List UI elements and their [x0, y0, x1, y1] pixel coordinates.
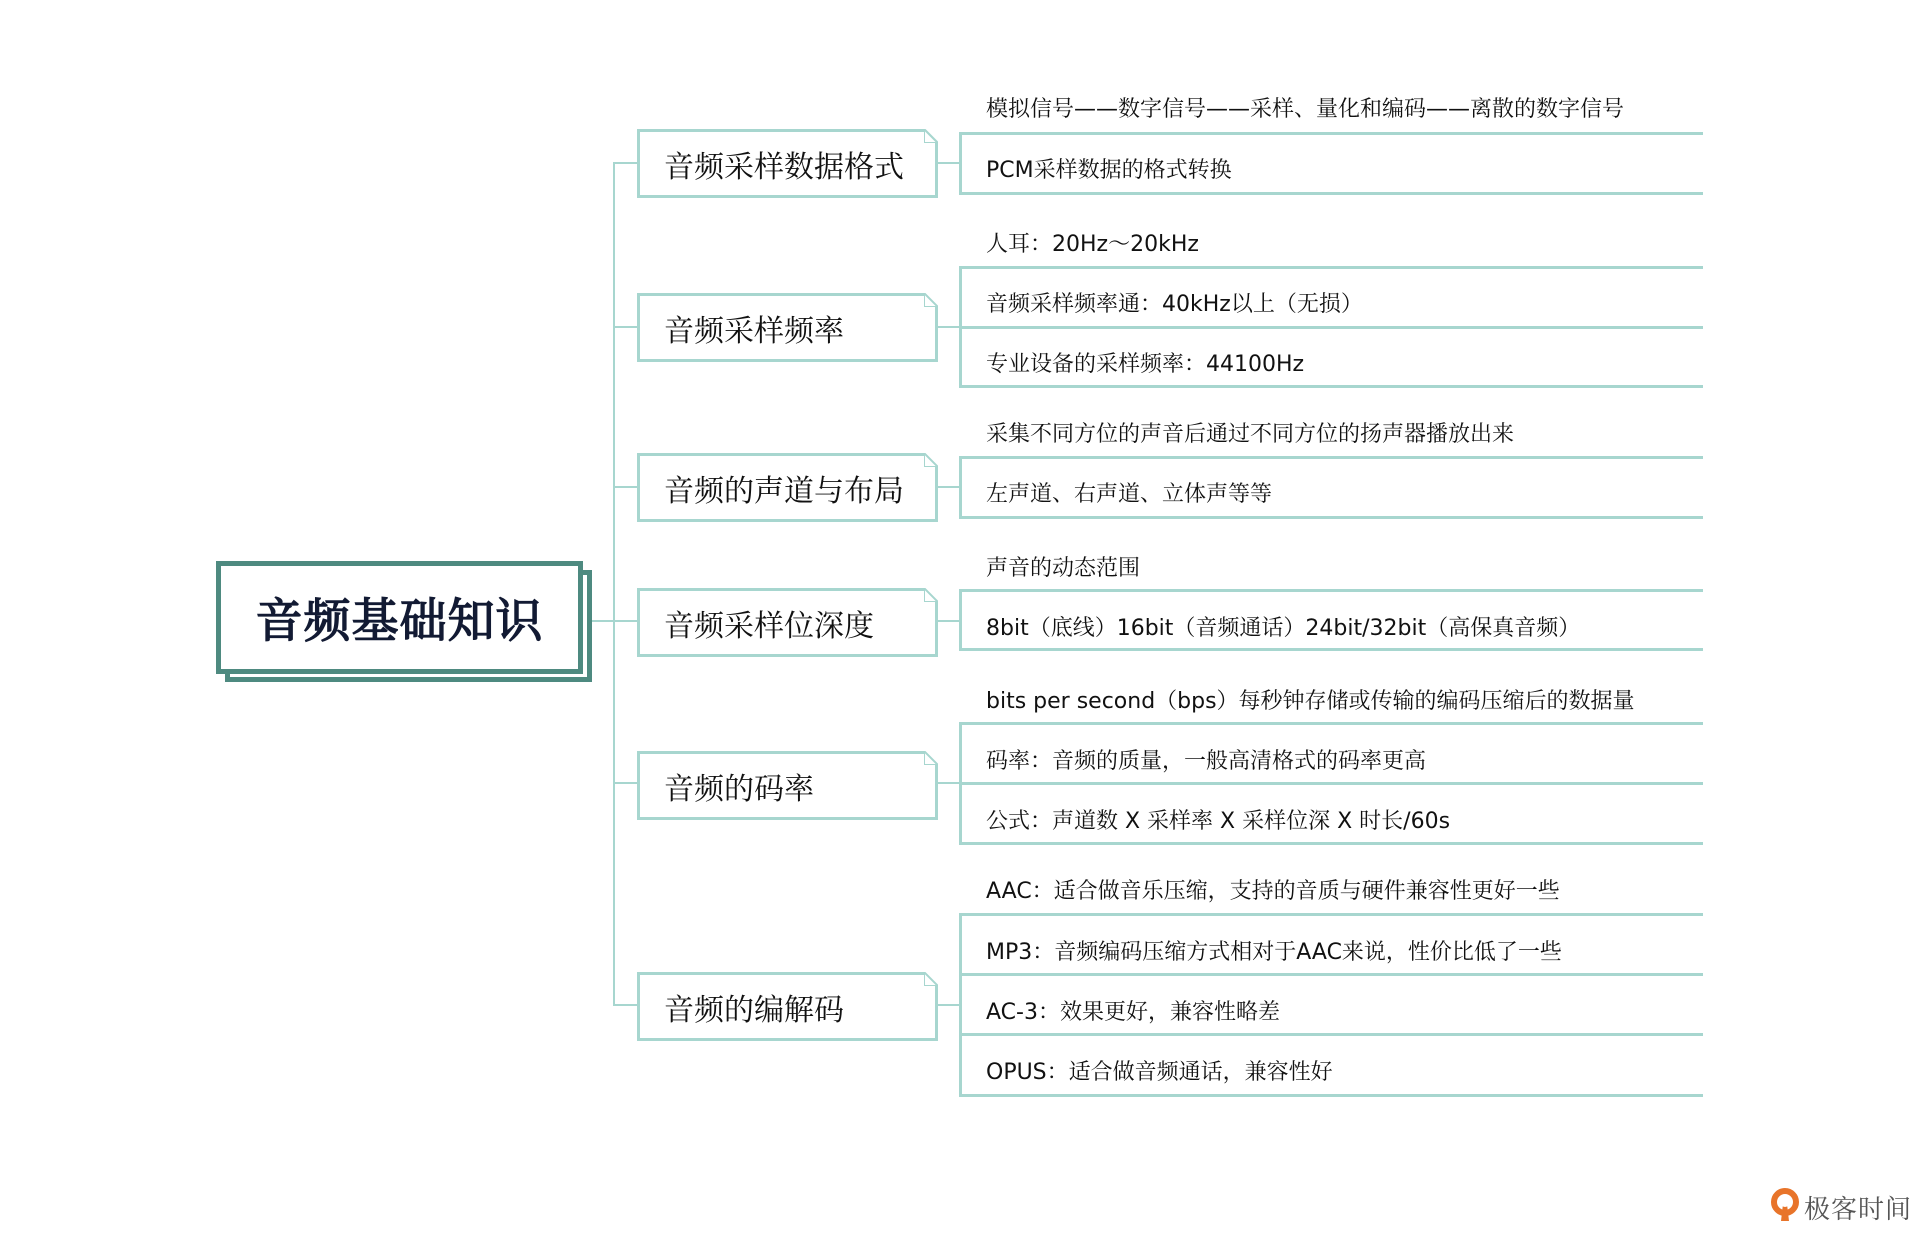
leaf-underline — [959, 1094, 1703, 1097]
root-connector — [592, 620, 614, 622]
leaf-item: PCM采样数据的格式转换 — [986, 157, 1232, 185]
geektime-logo-icon — [1770, 1188, 1800, 1226]
geektime-logo: 极客时间 — [1770, 1188, 1912, 1226]
leaf-bracket — [959, 456, 962, 519]
folded-corner-icon — [924, 751, 938, 765]
leaf-connector — [938, 486, 959, 488]
leaf-underline — [959, 722, 1703, 725]
leaf-bracket — [959, 132, 962, 195]
leaf-item: AC-3：效果更好，兼容性略差 — [986, 999, 1280, 1027]
leaf-item: bits per second（bps）每秒钟存储或传输的编码压缩后的数据量 — [986, 688, 1635, 716]
leaf-item: 8bit（底线）16bit（音频通话）24bit/32bit（高保真音频） — [986, 615, 1580, 643]
branch-label: 音频采样频率 — [664, 306, 844, 350]
branch-node-bitrate[interactable]: 音频的码率 — [637, 751, 938, 820]
leaf-item: 公式：声道数 X 采样率 X 采样位深 X 时长/60s — [986, 808, 1450, 836]
leaf-item: 左声道、右声道、立体声等等 — [986, 481, 1272, 509]
leaf-connector — [938, 162, 959, 164]
branch-connector — [613, 1004, 637, 1006]
folded-corner-icon — [924, 129, 938, 143]
branch-connector — [613, 620, 637, 622]
branch-label: 音频的码率 — [664, 764, 814, 808]
leaf-underline — [959, 648, 1703, 651]
branch-label: 音频的编解码 — [664, 985, 844, 1029]
root-title: 音频基础知识 — [256, 584, 544, 651]
branch-node-codec[interactable]: 音频的编解码 — [637, 972, 938, 1041]
geektime-logo-text: 极客时间 — [1804, 1189, 1912, 1226]
leaf-underline — [959, 516, 1703, 519]
folded-corner-icon — [924, 972, 938, 986]
leaf-item: OPUS：适合做音频通话，兼容性好 — [986, 1059, 1333, 1087]
leaf-underline — [959, 266, 1703, 269]
leaf-item: 模拟信号——数字信号——采样、量化和编码——离散的数字信号 — [986, 96, 1624, 124]
leaf-underline — [959, 842, 1703, 845]
leaf-bracket — [959, 913, 962, 1097]
leaf-item: 声音的动态范围 — [986, 555, 1140, 583]
leaf-underline — [959, 589, 1703, 592]
leaf-underline — [959, 913, 1703, 916]
leaf-underline — [959, 1033, 1703, 1036]
leaf-connector — [938, 1004, 959, 1006]
leaf-underline — [959, 973, 1703, 976]
leaf-item: 码率：音频的质量，一般高清格式的码率更高 — [986, 748, 1426, 776]
root-node[interactable]: 音频基础知识 — [216, 561, 583, 674]
leaf-underline — [959, 192, 1703, 195]
leaf-item: 音频采样频率通：40kHz以上（无损） — [986, 291, 1363, 319]
branch-node-sample-rate[interactable]: 音频采样频率 — [637, 293, 938, 362]
leaf-underline — [959, 326, 1703, 329]
branch-label: 音频采样位深度 — [664, 601, 874, 645]
leaf-item: 专业设备的采样频率：44100Hz — [986, 351, 1304, 379]
branch-node-channel-layout[interactable]: 音频的声道与布局 — [637, 453, 938, 522]
leaf-item: 人耳：20Hz～20kHz — [986, 231, 1199, 259]
branch-connector — [613, 162, 637, 164]
leaf-connector — [938, 620, 959, 622]
folded-corner-icon — [924, 588, 938, 602]
leaf-underline — [959, 782, 1703, 785]
folded-corner-icon — [924, 453, 938, 467]
folded-corner-icon — [924, 293, 938, 307]
branch-label: 音频的声道与布局 — [664, 466, 904, 510]
leaf-bracket — [959, 589, 962, 651]
leaf-underline — [959, 132, 1703, 135]
branch-node-bit-depth[interactable]: 音频采样位深度 — [637, 588, 938, 657]
leaf-item: AAC：适合做音乐压缩，支持的音质与硬件兼容性更好一些 — [986, 878, 1560, 906]
branch-connector — [613, 486, 637, 488]
leaf-connector — [938, 326, 959, 328]
leaf-connector — [938, 782, 959, 784]
leaf-underline — [959, 456, 1703, 459]
leaf-item: MP3：音频编码压缩方式相对于AAC来说，性价比低了一些 — [986, 939, 1562, 967]
leaf-item: 采集不同方位的声音后通过不同方位的扬声器播放出来 — [986, 421, 1514, 449]
branch-connector — [613, 782, 637, 784]
branch-node-sample-format[interactable]: 音频采样数据格式 — [637, 129, 938, 198]
branch-label: 音频采样数据格式 — [664, 142, 904, 186]
leaf-underline — [959, 385, 1703, 388]
trunk-line — [613, 162, 615, 1006]
branch-connector — [613, 326, 637, 328]
